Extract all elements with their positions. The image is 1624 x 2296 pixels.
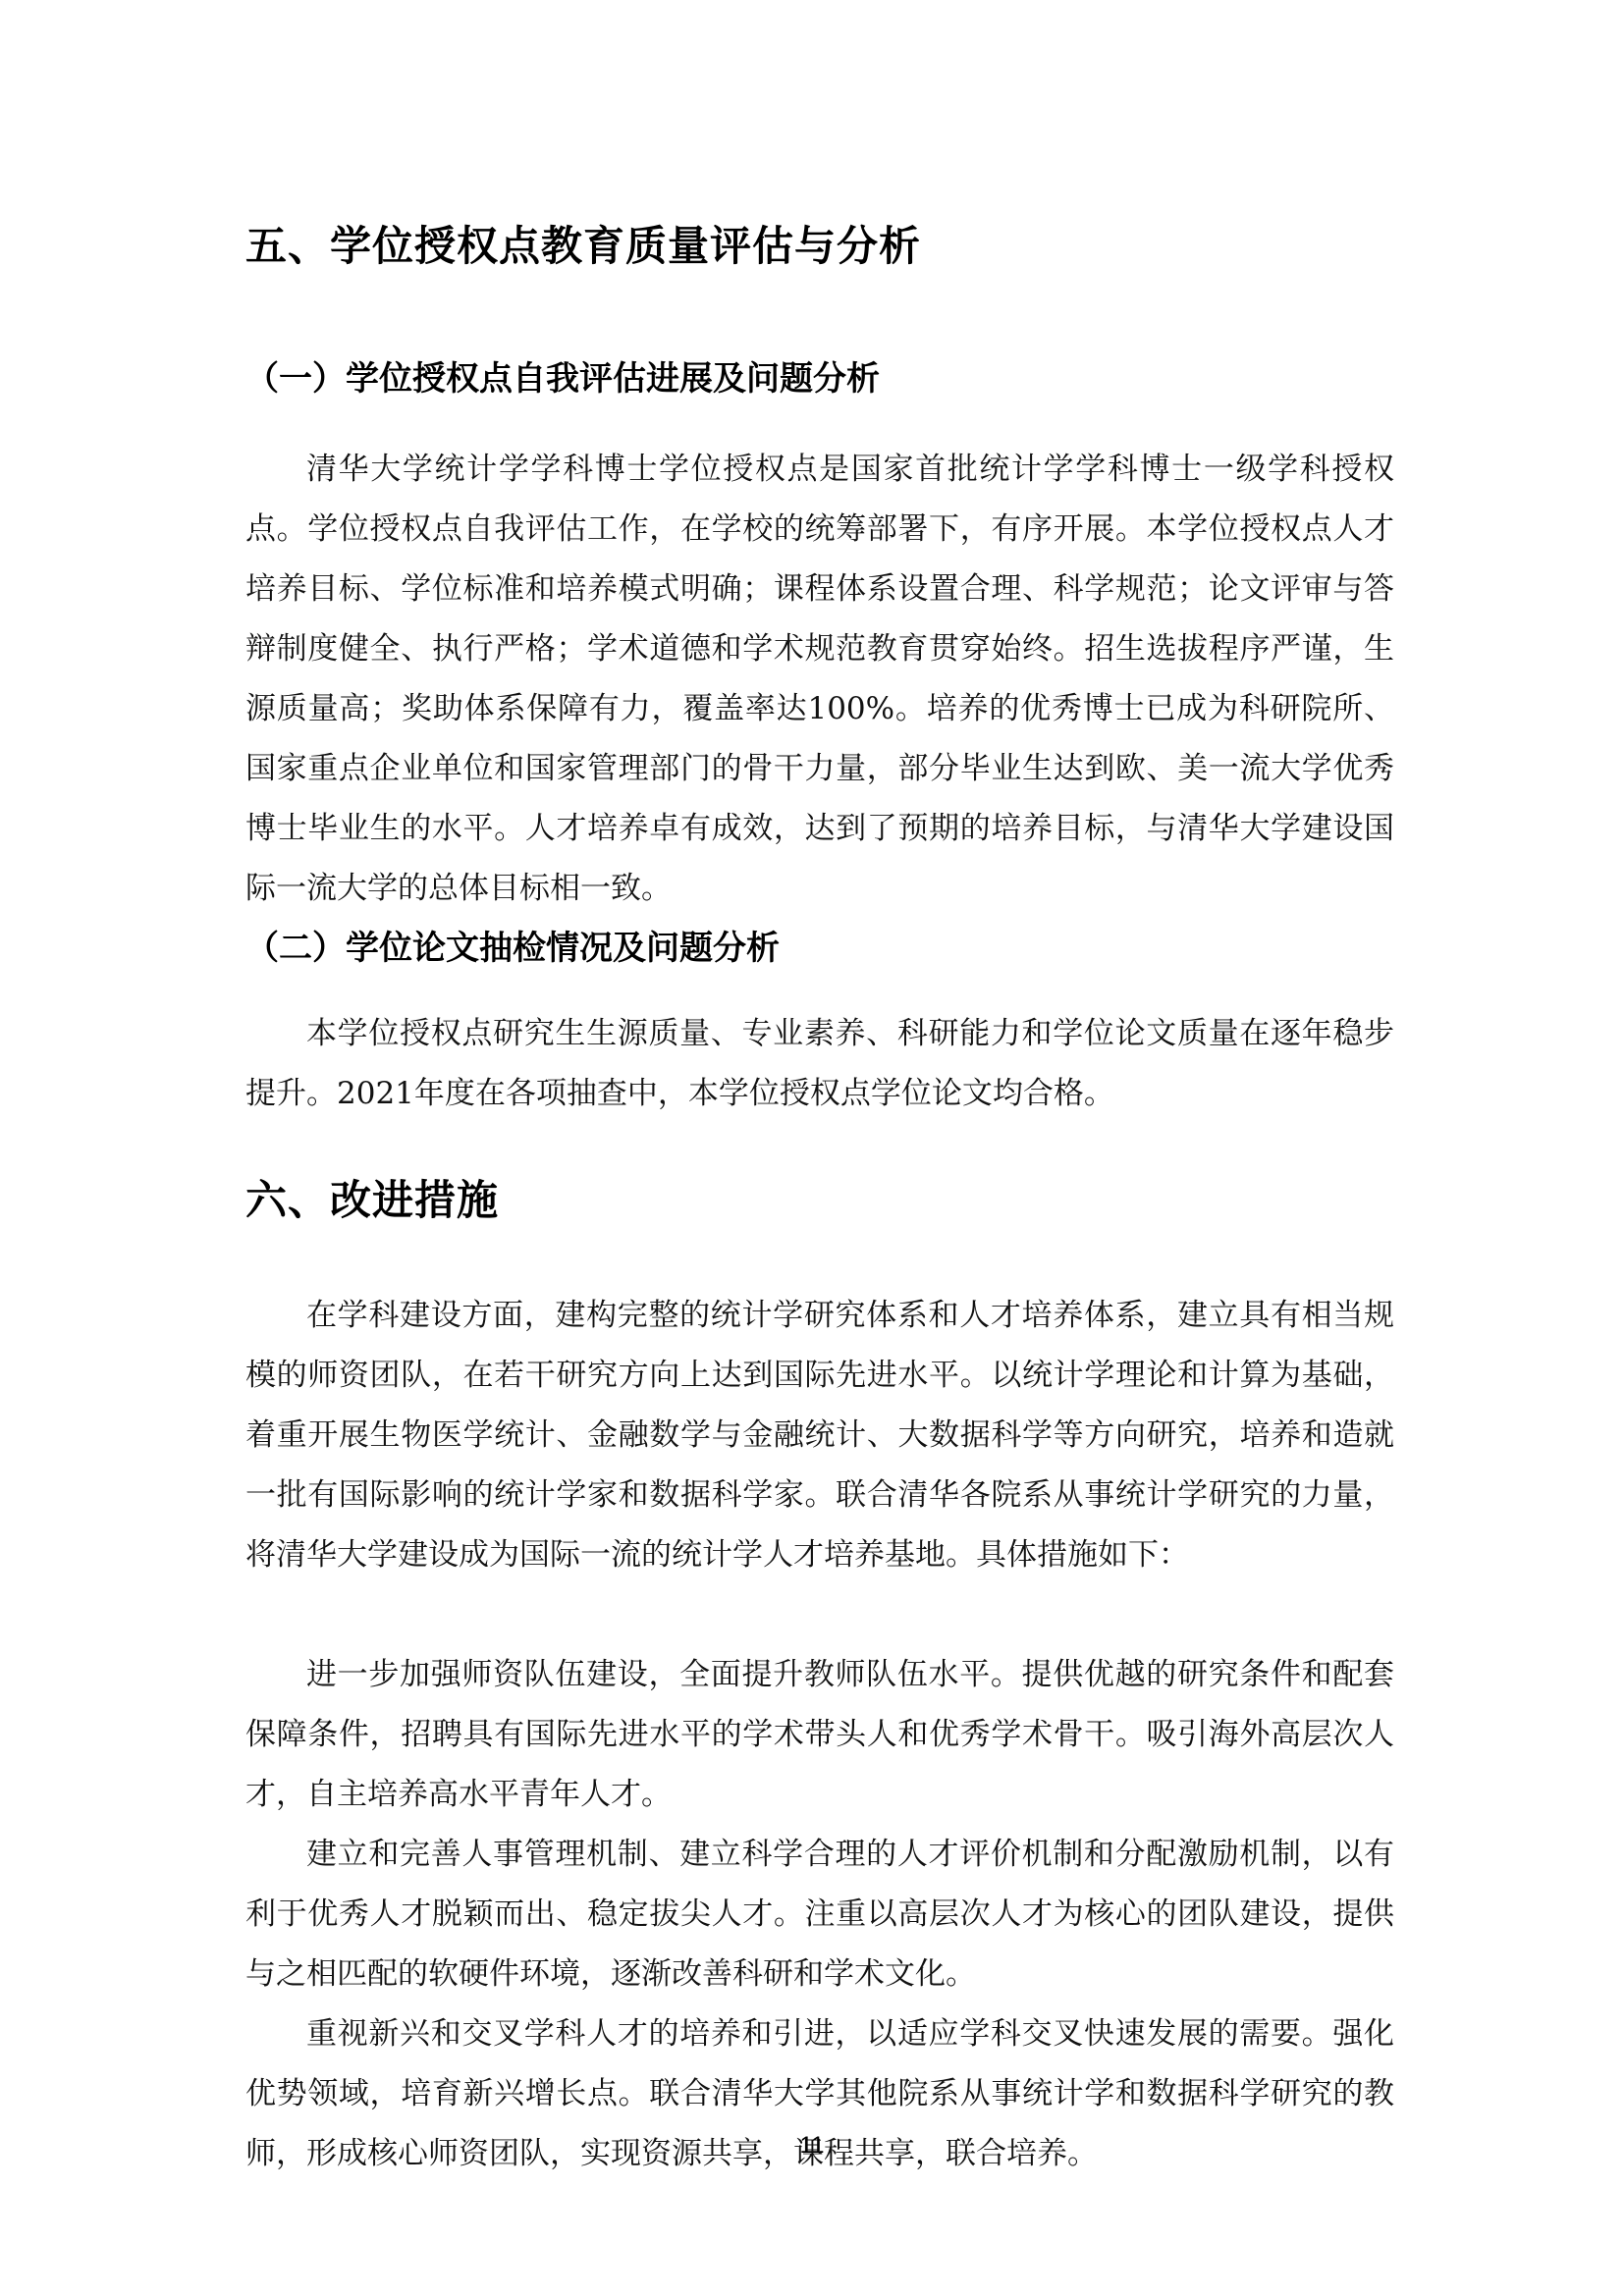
- page-number: 11: [0, 2132, 1624, 2160]
- subsection-2-heading: （二）学位论文抽检情况及问题分析: [245, 921, 780, 969]
- subsection-1-paragraph: 清华大学统计学学科博士学位授权点是国家首批统计学学科博士一级学科授权点。学位授权…: [245, 440, 1394, 919]
- subsection-1-heading: （一）学位授权点自我评估进展及问题分析: [245, 351, 880, 400]
- section-5-heading: 五、学位授权点教育质量评估与分析: [245, 214, 921, 273]
- section-6-paragraph-1: 在学科建设方面，建构完整的统计学研究体系和人才培养体系，建立具有相当规模的师资团…: [245, 1286, 1394, 1585]
- subsection-2-paragraph: 本学位授权点研究生生源质量、专业素养、科研能力和学位论文质量在逐年稳步提升。20…: [245, 1004, 1394, 1124]
- document-page: 五、学位授权点教育质量评估与分析 （一）学位授权点自我评估进展及问题分析 清华大…: [0, 0, 1624, 2296]
- section-6-paragraph-2: 进一步加强师资队伍建设，全面提升教师队伍水平。提供优越的研究条件和配套保障条件，…: [245, 1645, 1394, 1825]
- section-6-paragraph-3: 建立和完善人事管理机制、建立科学合理的人才评价机制和分配激励机制，以有利于优秀人…: [245, 1825, 1394, 2004]
- section-6-heading: 六、改进措施: [245, 1168, 499, 1227]
